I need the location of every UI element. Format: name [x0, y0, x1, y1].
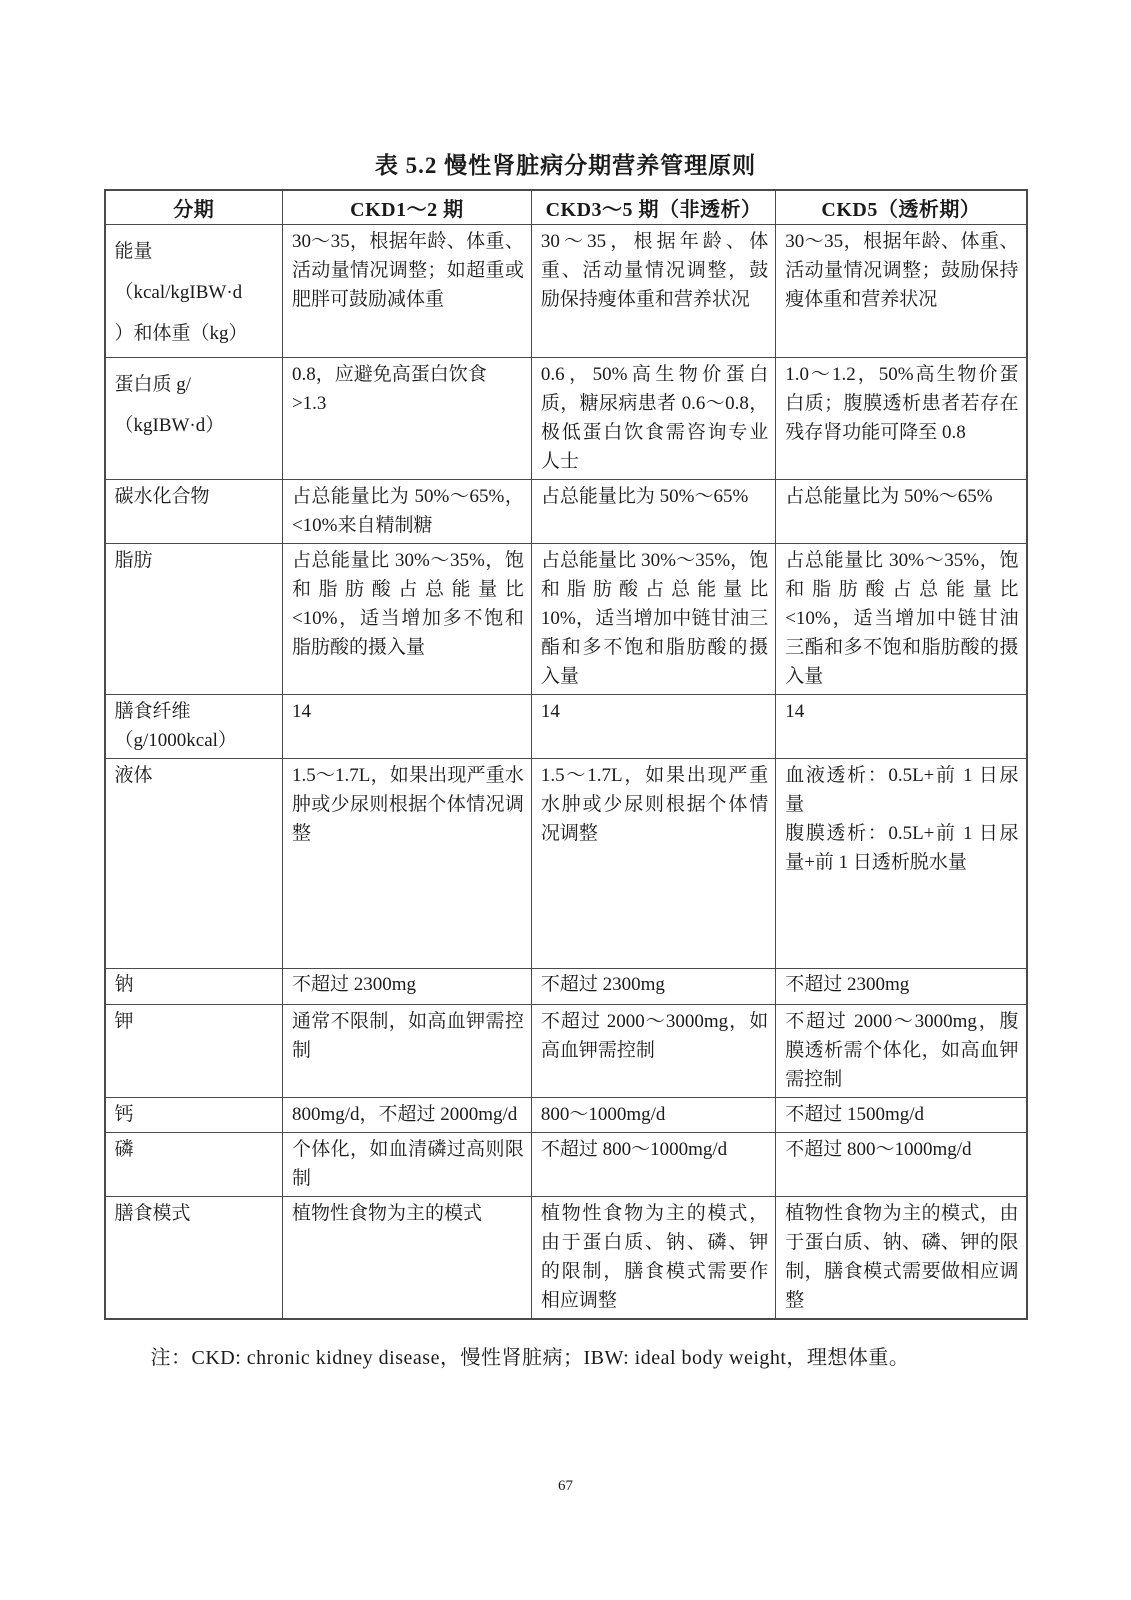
page-number: 67: [0, 1478, 1131, 1495]
document-page: 表 5.2 慢性肾脏病分期营养管理原则 分期 CKD1～2 期 CKD3～5 期…: [0, 0, 1131, 1600]
ckd35-cell: 不超过 2300mg: [531, 969, 775, 1005]
ckd12-cell: 14: [282, 695, 531, 759]
ckd35-cell: 不超过 800～1000mg/d: [531, 1133, 775, 1197]
stage-cell: 磷: [105, 1133, 283, 1197]
stage-cell: 膳食纤维 （g/1000kcal）: [105, 695, 283, 759]
ckd12-cell: 占总能量比 30%～35%，饱和脂肪酸占总能量比<10%，适当增加多不饱和脂肪酸…: [282, 544, 531, 695]
stage-cell: 碳水化合物: [105, 480, 283, 544]
header-cell-ckd35: CKD3～5 期（非透析）: [531, 190, 775, 225]
nutrition-table: 分期 CKD1～2 期 CKD3～5 期（非透析） CKD5（透析期） 能量 （…: [104, 189, 1028, 1320]
ckd12-cell: 占总能量比为 50%～65%，<10%来自精制糖: [282, 480, 531, 544]
ckd5-cell: 不超过 1500mg/d: [776, 1098, 1027, 1133]
table-row-carbohydrate: 碳水化合物 占总能量比为 50%～65%，<10%来自精制糖 占总能量比为 50…: [105, 480, 1027, 544]
ckd5-cell: 血液透析：0.5L+前 1 日尿量 腹膜透析：0.5L+前 1 日尿量+前 1 …: [776, 759, 1027, 969]
stage-cell: 钾: [105, 1005, 283, 1098]
stage-cell: 能量 （kcal/kgIBW·d ）和体重（kg）: [105, 225, 283, 358]
header-row: 分期 CKD1～2 期 CKD3～5 期（非透析） CKD5（透析期）: [105, 190, 1027, 225]
ckd12-cell: 通常不限制，如高血钾需控制: [282, 1005, 531, 1098]
table-row-phosphorus: 磷 个体化，如血清磷过高则限制 不超过 800～1000mg/d 不超过 800…: [105, 1133, 1027, 1197]
ckd12-cell: 不超过 2300mg: [282, 969, 531, 1005]
ckd5-cell: 植物性食物为主的模式，由于蛋白质、钠、磷、钾的限制，膳食模式需要做相应调整: [776, 1197, 1027, 1320]
ckd12-cell: 30～35，根据年龄、体重、活动量情况调整；如超重或肥胖可鼓励减体重: [282, 225, 531, 358]
stage-cell: 液体: [105, 759, 283, 969]
ckd12-cell: 1.5～1.7L，如果出现严重水肿或少尿则根据个体情况调整: [282, 759, 531, 969]
stage-cell: 钠: [105, 969, 283, 1005]
table-row-calcium: 钙 800mg/d，不超过 2000mg/d 800～1000mg/d 不超过 …: [105, 1098, 1027, 1133]
table-row-sodium: 钠 不超过 2300mg 不超过 2300mg 不超过 2300mg: [105, 969, 1027, 1005]
table-row-fluid: 液体 1.5～1.7L，如果出现严重水肿或少尿则根据个体情况调整 1.5～1.7…: [105, 759, 1027, 969]
stage-cell: 钙: [105, 1098, 283, 1133]
stage-cell: 膳食模式: [105, 1197, 283, 1320]
table-row-protein: 蛋白质 g/ （kgIBW·d） 0.8，应避免高蛋白饮食 >1.3 0.6，5…: [105, 358, 1027, 480]
ckd12-cell: 植物性食物为主的模式: [282, 1197, 531, 1320]
footnote: 注：CKD: chronic kidney disease，慢性肾脏病；IBW:…: [104, 1335, 1028, 1381]
stage-cell: 蛋白质 g/ （kgIBW·d）: [105, 358, 283, 480]
ckd12-cell: 800mg/d，不超过 2000mg/d: [282, 1098, 531, 1133]
ckd12-cell: 个体化，如血清磷过高则限制: [282, 1133, 531, 1197]
header-cell-ckd5: CKD5（透析期）: [776, 190, 1027, 225]
stage-cell: 脂肪: [105, 544, 283, 695]
ckd5-cell: 不超过 2300mg: [776, 969, 1027, 1005]
ckd35-cell: 植物性食物为主的模式，由于蛋白质、钠、磷、钾的限制，膳食模式需要作相应调整: [531, 1197, 775, 1320]
ckd5-cell: 14: [776, 695, 1027, 759]
header-cell-ckd12: CKD1～2 期: [282, 190, 531, 225]
ckd35-cell: 1.5～1.7L，如果出现严重水肿或少尿则根据个体情况调整: [531, 759, 775, 969]
ckd35-cell: 占总能量比为 50%～65%: [531, 480, 775, 544]
page-title: 表 5.2 慢性肾脏病分期营养管理原则: [0, 147, 1131, 180]
ckd5-cell: 占总能量比 30%～35%，饱和脂肪酸占总能量比<10%，适当增加中链甘油三酯和…: [776, 544, 1027, 695]
ckd35-cell: 不超过 2000～3000mg，如高血钾需控制: [531, 1005, 775, 1098]
header-cell-stage: 分期: [105, 190, 283, 225]
ckd5-cell: 1.0～1.2，50%高生物价蛋白质；腹膜透析患者若存在残存肾功能可降至 0.8: [776, 358, 1027, 480]
table-row-diet-pattern: 膳食模式 植物性食物为主的模式 植物性食物为主的模式，由于蛋白质、钠、磷、钾的限…: [105, 1197, 1027, 1320]
ckd5-cell: 不超过 800～1000mg/d: [776, 1133, 1027, 1197]
table-row-potassium: 钾 通常不限制，如高血钾需控制 不超过 2000～3000mg，如高血钾需控制 …: [105, 1005, 1027, 1098]
ckd35-cell: 0.6，50%高生物价蛋白质，糖尿病患者 0.6～0.8，极低蛋白饮食需咨询专业…: [531, 358, 775, 480]
ckd35-cell: 14: [531, 695, 775, 759]
ckd35-cell: 30～35，根据年龄、体重、活动量情况调整，鼓励保持瘦体重和营养状况: [531, 225, 775, 358]
ckd35-cell: 800～1000mg/d: [531, 1098, 775, 1133]
ckd5-cell: 占总能量比为 50%～65%: [776, 480, 1027, 544]
ckd5-cell: 不超过 2000～3000mg，腹膜透析需个体化，如高血钾需控制: [776, 1005, 1027, 1098]
table-row-energy: 能量 （kcal/kgIBW·d ）和体重（kg） 30～35，根据年龄、体重、…: [105, 225, 1027, 358]
ckd35-cell: 占总能量比 30%～35%，饱和脂肪酸占总能量比 10%，适当增加中链甘油三酯和…: [531, 544, 775, 695]
table-row-fiber: 膳食纤维 （g/1000kcal） 14 14 14: [105, 695, 1027, 759]
ckd5-cell: 30～35，根据年龄、体重、活动量情况调整；鼓励保持瘦体重和营养状况: [776, 225, 1027, 358]
ckd12-cell: 0.8，应避免高蛋白饮食 >1.3: [282, 358, 531, 480]
table-row-fat: 脂肪 占总能量比 30%～35%，饱和脂肪酸占总能量比<10%，适当增加多不饱和…: [105, 544, 1027, 695]
